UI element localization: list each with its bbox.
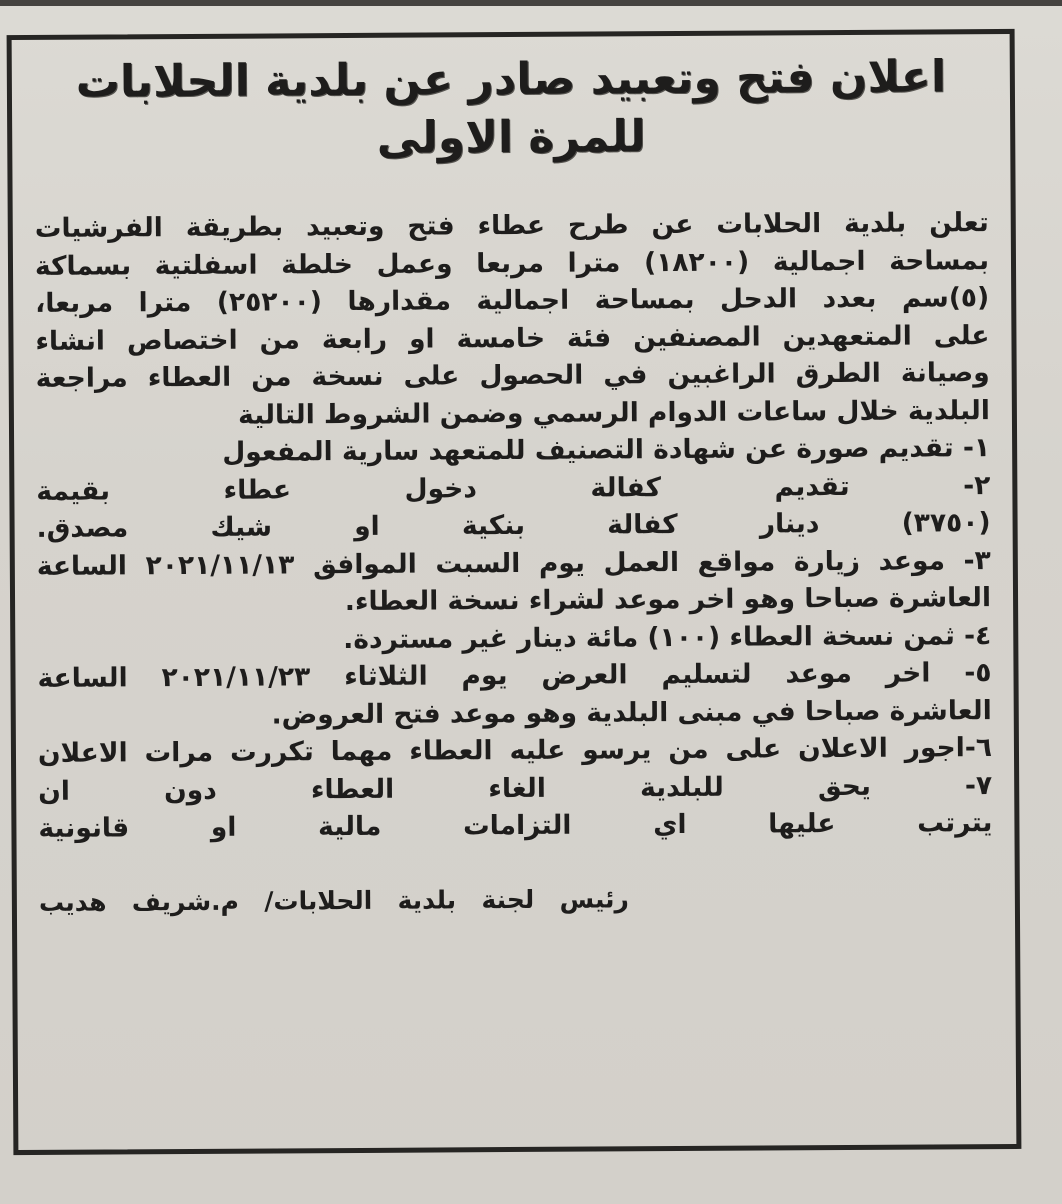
condition-line: ٥- اخر موعد لتسليم العرض يوم الثلاثاء ٢٠… <box>37 654 991 697</box>
intro-paragraph: تعلن بلدية الحلابات عن طرح عطاء فتح وتعب… <box>35 204 990 435</box>
condition-line: (٣٧٥٠) دينار كفالة بنكية او شيك مصدق. <box>36 504 990 547</box>
condition-5: ٥- اخر موعد لتسليم العرض يوم الثلاثاء ٢٠… <box>37 654 991 735</box>
condition-2: ٢- تقديم كفالة دخول عطاء بقيمة (٣٧٥٠) دي… <box>36 467 990 548</box>
condition-line: يترتب عليها اي التزامات مالية او قانونية <box>38 804 992 847</box>
condition-line: ٧- يحق للبلدية الغاء العطاء دون ان <box>38 767 992 810</box>
title-line-2: للمرة الاولى <box>34 106 988 170</box>
title-line-1: اعلان فتح وتعبيد صادر عن بلدية الحلابات <box>34 48 988 112</box>
signature: رئيس لجنة بلدية الحلابات/ م.شريف هديب <box>39 882 629 920</box>
condition-line: ٦-اجور الاعلان على من يرسو عليه العطاء م… <box>38 729 992 772</box>
condition-line: ٤- ثمن نسخة العطاء (١٠٠) مائة دينار غير … <box>37 617 991 660</box>
condition-4: ٤- ثمن نسخة العطاء (١٠٠) مائة دينار غير … <box>37 617 991 660</box>
condition-line: العاشرة صباحا في مبنى البلدية وهو موعد ف… <box>38 692 992 735</box>
announcement-body: تعلن بلدية الحلابات عن طرح عطاء فتح وتعب… <box>35 204 993 847</box>
intro-line: وصيانة الطرق الراغبين في الحصول على نسخة… <box>36 354 990 397</box>
announcement-title: اعلان فتح وتعبيد صادر عن بلدية الحلابات … <box>34 48 989 170</box>
condition-3: ٣- موعد زيارة مواقع العمل يوم السبت المو… <box>37 542 991 623</box>
intro-line: تعلن بلدية الحلابات عن طرح عطاء فتح وتعب… <box>35 204 989 247</box>
condition-line: العاشرة صباحا وهو اخر موعد لشراء نسخة ال… <box>37 579 991 622</box>
condition-7: ٧- يحق للبلدية الغاء العطاء دون ان يترتب… <box>38 767 992 848</box>
page-top-edge <box>0 0 1062 6</box>
condition-line: ١- تقديم صورة عن شهادة التصنيف للمتعهد س… <box>36 429 990 472</box>
condition-6: ٦-اجور الاعلان على من يرسو عليه العطاء م… <box>38 729 992 772</box>
condition-line: ٢- تقديم كفالة دخول عطاء بقيمة <box>36 467 990 510</box>
announcement-content: اعلان فتح وتعبيد صادر عن بلدية الحلابات … <box>12 34 1017 1150</box>
intro-line: على المتعهدين المصنفين فئة خامسة او رابع… <box>35 317 989 360</box>
intro-line: بمساحة اجمالية (١٨٢٠٠) مترا مربعا وعمل خ… <box>35 242 989 285</box>
condition-line: ٣- موعد زيارة مواقع العمل يوم السبت المو… <box>37 542 991 585</box>
announcement-frame: اعلان فتح وتعبيد صادر عن بلدية الحلابات … <box>7 29 1022 1155</box>
intro-line: (٥)سم بعدد الدحل بمساحة اجمالية مقدارها … <box>35 279 989 322</box>
intro-line: البلدية خلال ساعات الدوام الرسمي وضمن ال… <box>36 392 990 435</box>
condition-1: ١- تقديم صورة عن شهادة التصنيف للمتعهد س… <box>36 429 990 472</box>
